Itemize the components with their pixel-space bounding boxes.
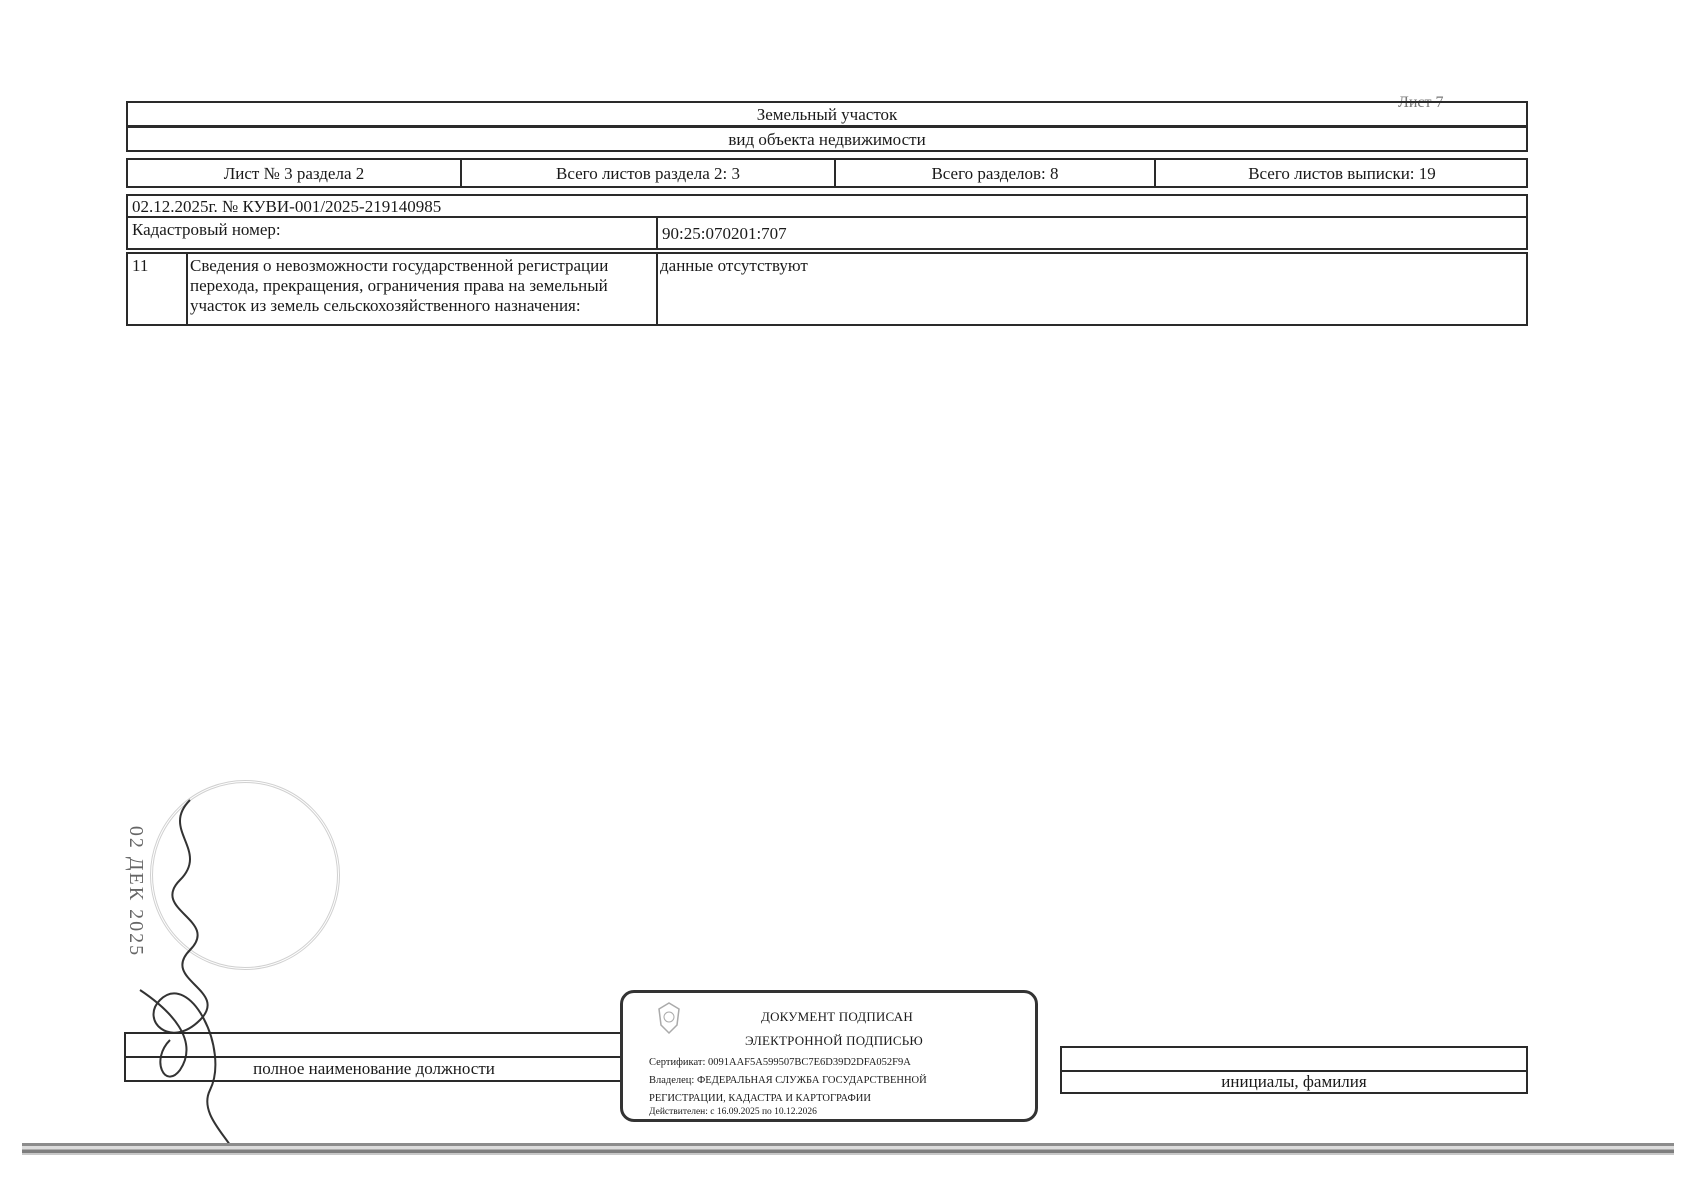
divider xyxy=(656,254,658,324)
esig-title-line1: ДОКУМЕНТ ПОДПИСАН xyxy=(761,1009,913,1025)
object-kind-row: вид объекта недвижимости xyxy=(126,126,1528,152)
esig-validity: Действителен: с 16.09.2025 по 10.12.2026 xyxy=(649,1107,817,1117)
cadastral-label: Кадастровый номер: xyxy=(132,220,281,240)
name-caption: инициалы, фамилия xyxy=(1062,1072,1526,1092)
page-bottom-border xyxy=(22,1143,1674,1155)
sheet-of-section: Лист № 3 раздела 2 xyxy=(128,164,460,184)
esig-owner-line1: Владелец: ФЕДЕРАЛЬНАЯ СЛУЖБА ГОСУДАРСТВЕ… xyxy=(649,1075,927,1086)
sheet-info-row: Лист № 3 раздела 2 Всего листов раздела … xyxy=(126,158,1528,188)
row-number: 11 xyxy=(132,256,148,276)
row-label: Сведения о невозможности государственной… xyxy=(190,256,656,316)
esig-owner-line2: РЕГИСТРАЦИИ, КАДАСТРА И КАРТОГРАФИИ xyxy=(649,1093,871,1104)
row-value: данные отсутствуют xyxy=(660,256,808,276)
total-sheets-section: Всего листов раздела 2: 3 xyxy=(462,164,834,184)
object-name-row: Земельный участок xyxy=(126,101,1528,127)
date-number-row: 02.12.2025г. № КУВИ-001/2025-219140985 xyxy=(126,194,1528,218)
electronic-signature-stamp: ДОКУМЕНТ ПОДПИСАН ЭЛЕКТРОННОЙ ПОДПИСЬЮ С… xyxy=(620,990,1038,1122)
name-field: инициалы, фамилия xyxy=(1060,1046,1528,1094)
position-caption: полное наименование должности xyxy=(126,1059,622,1079)
divider xyxy=(656,218,658,248)
esig-title-line2: ЭЛЕКТРОННОЙ ПОДПИСЬЮ xyxy=(745,1033,923,1049)
position-field: полное наименование должности xyxy=(124,1032,624,1082)
cadastral-row: Кадастровый номер: 90:25:070201:707 xyxy=(126,216,1528,250)
object-name: Земельный участок xyxy=(128,105,1526,125)
coat-of-arms-icon xyxy=(649,999,689,1039)
esig-certificate: Сертификат: 0091AAF5A599507BC7E6D39D2DFA… xyxy=(649,1057,911,1068)
cadastral-value: 90:25:070201:707 xyxy=(662,224,787,244)
date-number: 02.12.2025г. № КУВИ-001/2025-219140985 xyxy=(132,197,441,217)
divider xyxy=(186,254,188,324)
total-sheets-extract: Всего листов выписки: 19 xyxy=(1156,164,1528,184)
total-sections: Всего разделов: 8 xyxy=(836,164,1154,184)
table-row: 11 Сведения о невозможности государствен… xyxy=(126,252,1528,326)
handwritten-signature-icon xyxy=(120,790,270,1150)
object-kind-label: вид объекта недвижимости xyxy=(128,130,1526,150)
divider xyxy=(126,1056,622,1058)
